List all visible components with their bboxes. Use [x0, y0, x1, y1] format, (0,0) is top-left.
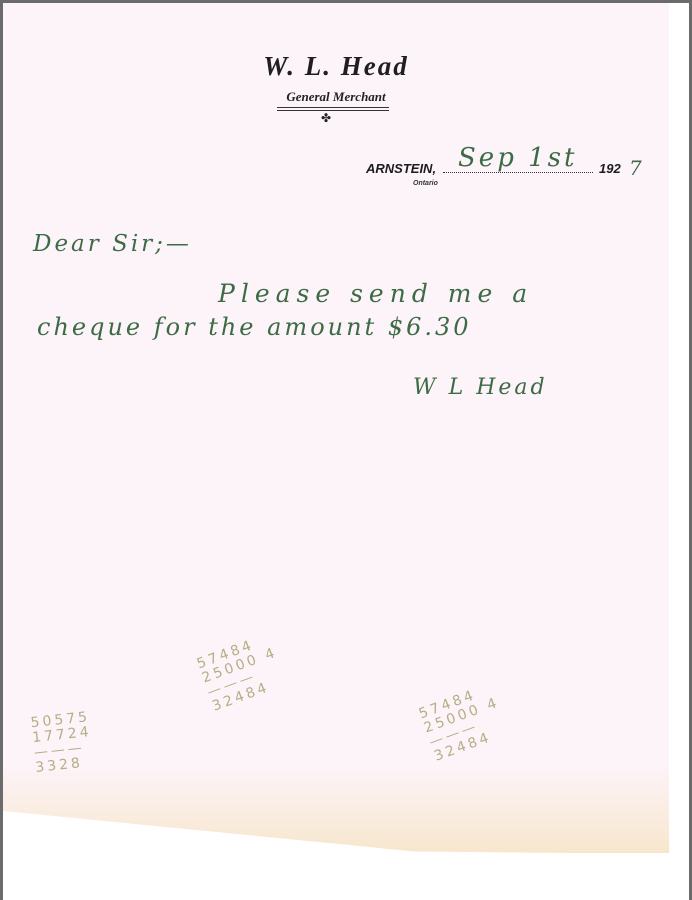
double-rule [277, 107, 389, 111]
year-prefix: 192 [599, 161, 621, 176]
letter-sheet: W. L. Head General Merchant ✤ ARNSTEIN, … [3, 3, 669, 853]
merchant-subtitle: General Merchant [3, 89, 669, 108]
merchant-name: W. L. Head [3, 51, 669, 82]
body-line-1: Please send me a [218, 279, 533, 308]
subtitle-text: General Merchant [286, 89, 385, 108]
scan-frame: W. L. Head General Merchant ✤ ARNSTEIN, … [3, 3, 689, 897]
province-name: Ontario [413, 180, 438, 187]
signature: W L Head [413, 375, 548, 400]
body-line-2: cheque for the amount $6.30 [37, 313, 472, 341]
place-name: ARNSTEIN, [366, 161, 436, 176]
handwritten-year-digit: 7 [629, 156, 645, 180]
ornament-icon: ✤ [321, 111, 331, 126]
pencil-calculation: 57484 25000 4 ——— 32484 [417, 681, 512, 764]
pencil-calculation: 57484 25000 4 ——— 32484 [195, 631, 290, 714]
pencil-calculation: 50575 17724 ——— 3328 [30, 710, 95, 776]
salutation: Dear Sir;— [33, 231, 192, 257]
handwritten-date: Sep 1st [458, 143, 577, 173]
